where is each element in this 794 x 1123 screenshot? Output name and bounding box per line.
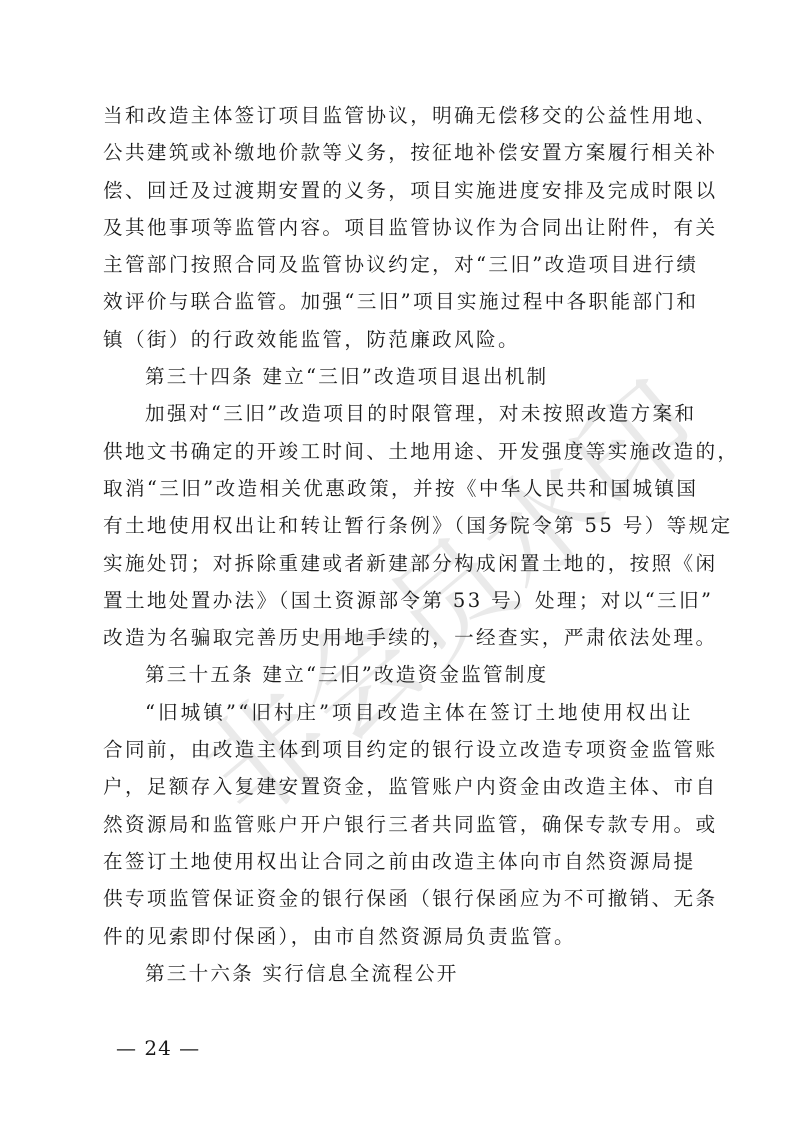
text-line: 供地文书确定的开竣工时间、土地用途、开发强度等实施改造的，	[103, 433, 693, 470]
text-line: 公共建筑或补缴地价款等义务，按征地补偿安置方案履行相关补	[103, 134, 693, 171]
text-line: 当和改造主体签订项目监管协议，明确无偿移交的公益性用地、	[103, 97, 693, 134]
page-number: — 24 —	[116, 1036, 200, 1060]
article-heading-35: 第三十五条 建立“三旧”改造资金监管制度	[103, 656, 693, 693]
text-line: 主管部门按照合同及监管协议约定，对“三旧”改造项目进行绩	[103, 246, 693, 283]
text-line: 合同前，由改造主体到项目约定的银行设立改造专项资金监管账	[103, 731, 693, 768]
document-body: 当和改造主体签订项目监管协议，明确无偿移交的公益性用地、 公共建筑或补缴地价款等…	[103, 97, 693, 992]
text-line: 件的见索即付保函），由市自然资源局负责监管。	[103, 918, 693, 955]
document-page: 非会员水印 当和改造主体签订项目监管协议，明确无偿移交的公益性用地、 公共建筑或…	[0, 0, 794, 1123]
article-heading-36: 第三十六条 实行信息全流程公开	[103, 955, 693, 992]
text-line: 在签订土地使用权出让合同之前由改造主体向市自然资源局提	[103, 843, 693, 880]
text-line: “旧城镇”“旧村庄”项目改造主体在签订土地使用权出让	[103, 694, 693, 731]
text-line: 供专项监管保证资金的银行保函（银行保函应为不可撤销、无条	[103, 880, 693, 917]
text-line: 偿、回迁及过渡期安置的义务，项目实施进度安排及完成时限以	[103, 172, 693, 209]
text-line: 镇（街）的行政效能监管，防范廉政风险。	[103, 321, 693, 358]
text-line: 改造为名骗取完善历史用地手续的，一经查实，严肃依法处理。	[103, 619, 693, 656]
text-line: 户，足额存入复建安置资金，监管账户内资金由改造主体、市自	[103, 768, 693, 805]
text-line: 取消“三旧”改造相关优惠政策，并按《中华人民共和国城镇国	[103, 470, 693, 507]
text-line: 实施处罚；对拆除重建或者新建部分构成闲置土地的，按照《闲	[103, 545, 693, 582]
text-line: 然资源局和监管账户开户银行三者共同监管，确保专款专用。或	[103, 806, 693, 843]
text-line: 有土地使用权出让和转让暂行条例》（国务院令第 55 号）等规定	[103, 507, 693, 544]
text-line: 加强对“三旧”改造项目的时限管理，对未按照改造方案和	[103, 395, 693, 432]
paragraph-project-supervision-agreement: 当和改造主体签订项目监管协议，明确无偿移交的公益性用地、 公共建筑或补缴地价款等…	[103, 97, 693, 358]
article-heading-34: 第三十四条 建立“三旧”改造项目退出机制	[103, 358, 693, 395]
text-line: 置土地处置办法》（国土资源部令第 53 号）处理；对以“三旧”	[103, 582, 693, 619]
text-line: 效评价与联合监管。加强“三旧”项目实施过程中各职能部门和	[103, 283, 693, 320]
paragraph-article-35: “旧城镇”“旧村庄”项目改造主体在签订土地使用权出让 合同前，由改造主体到项目约…	[103, 694, 693, 955]
paragraph-article-34: 加强对“三旧”改造项目的时限管理，对未按照改造方案和 供地文书确定的开竣工时间、…	[103, 395, 693, 656]
text-line: 及其他事项等监管内容。项目监管协议作为合同出让附件，有关	[103, 209, 693, 246]
